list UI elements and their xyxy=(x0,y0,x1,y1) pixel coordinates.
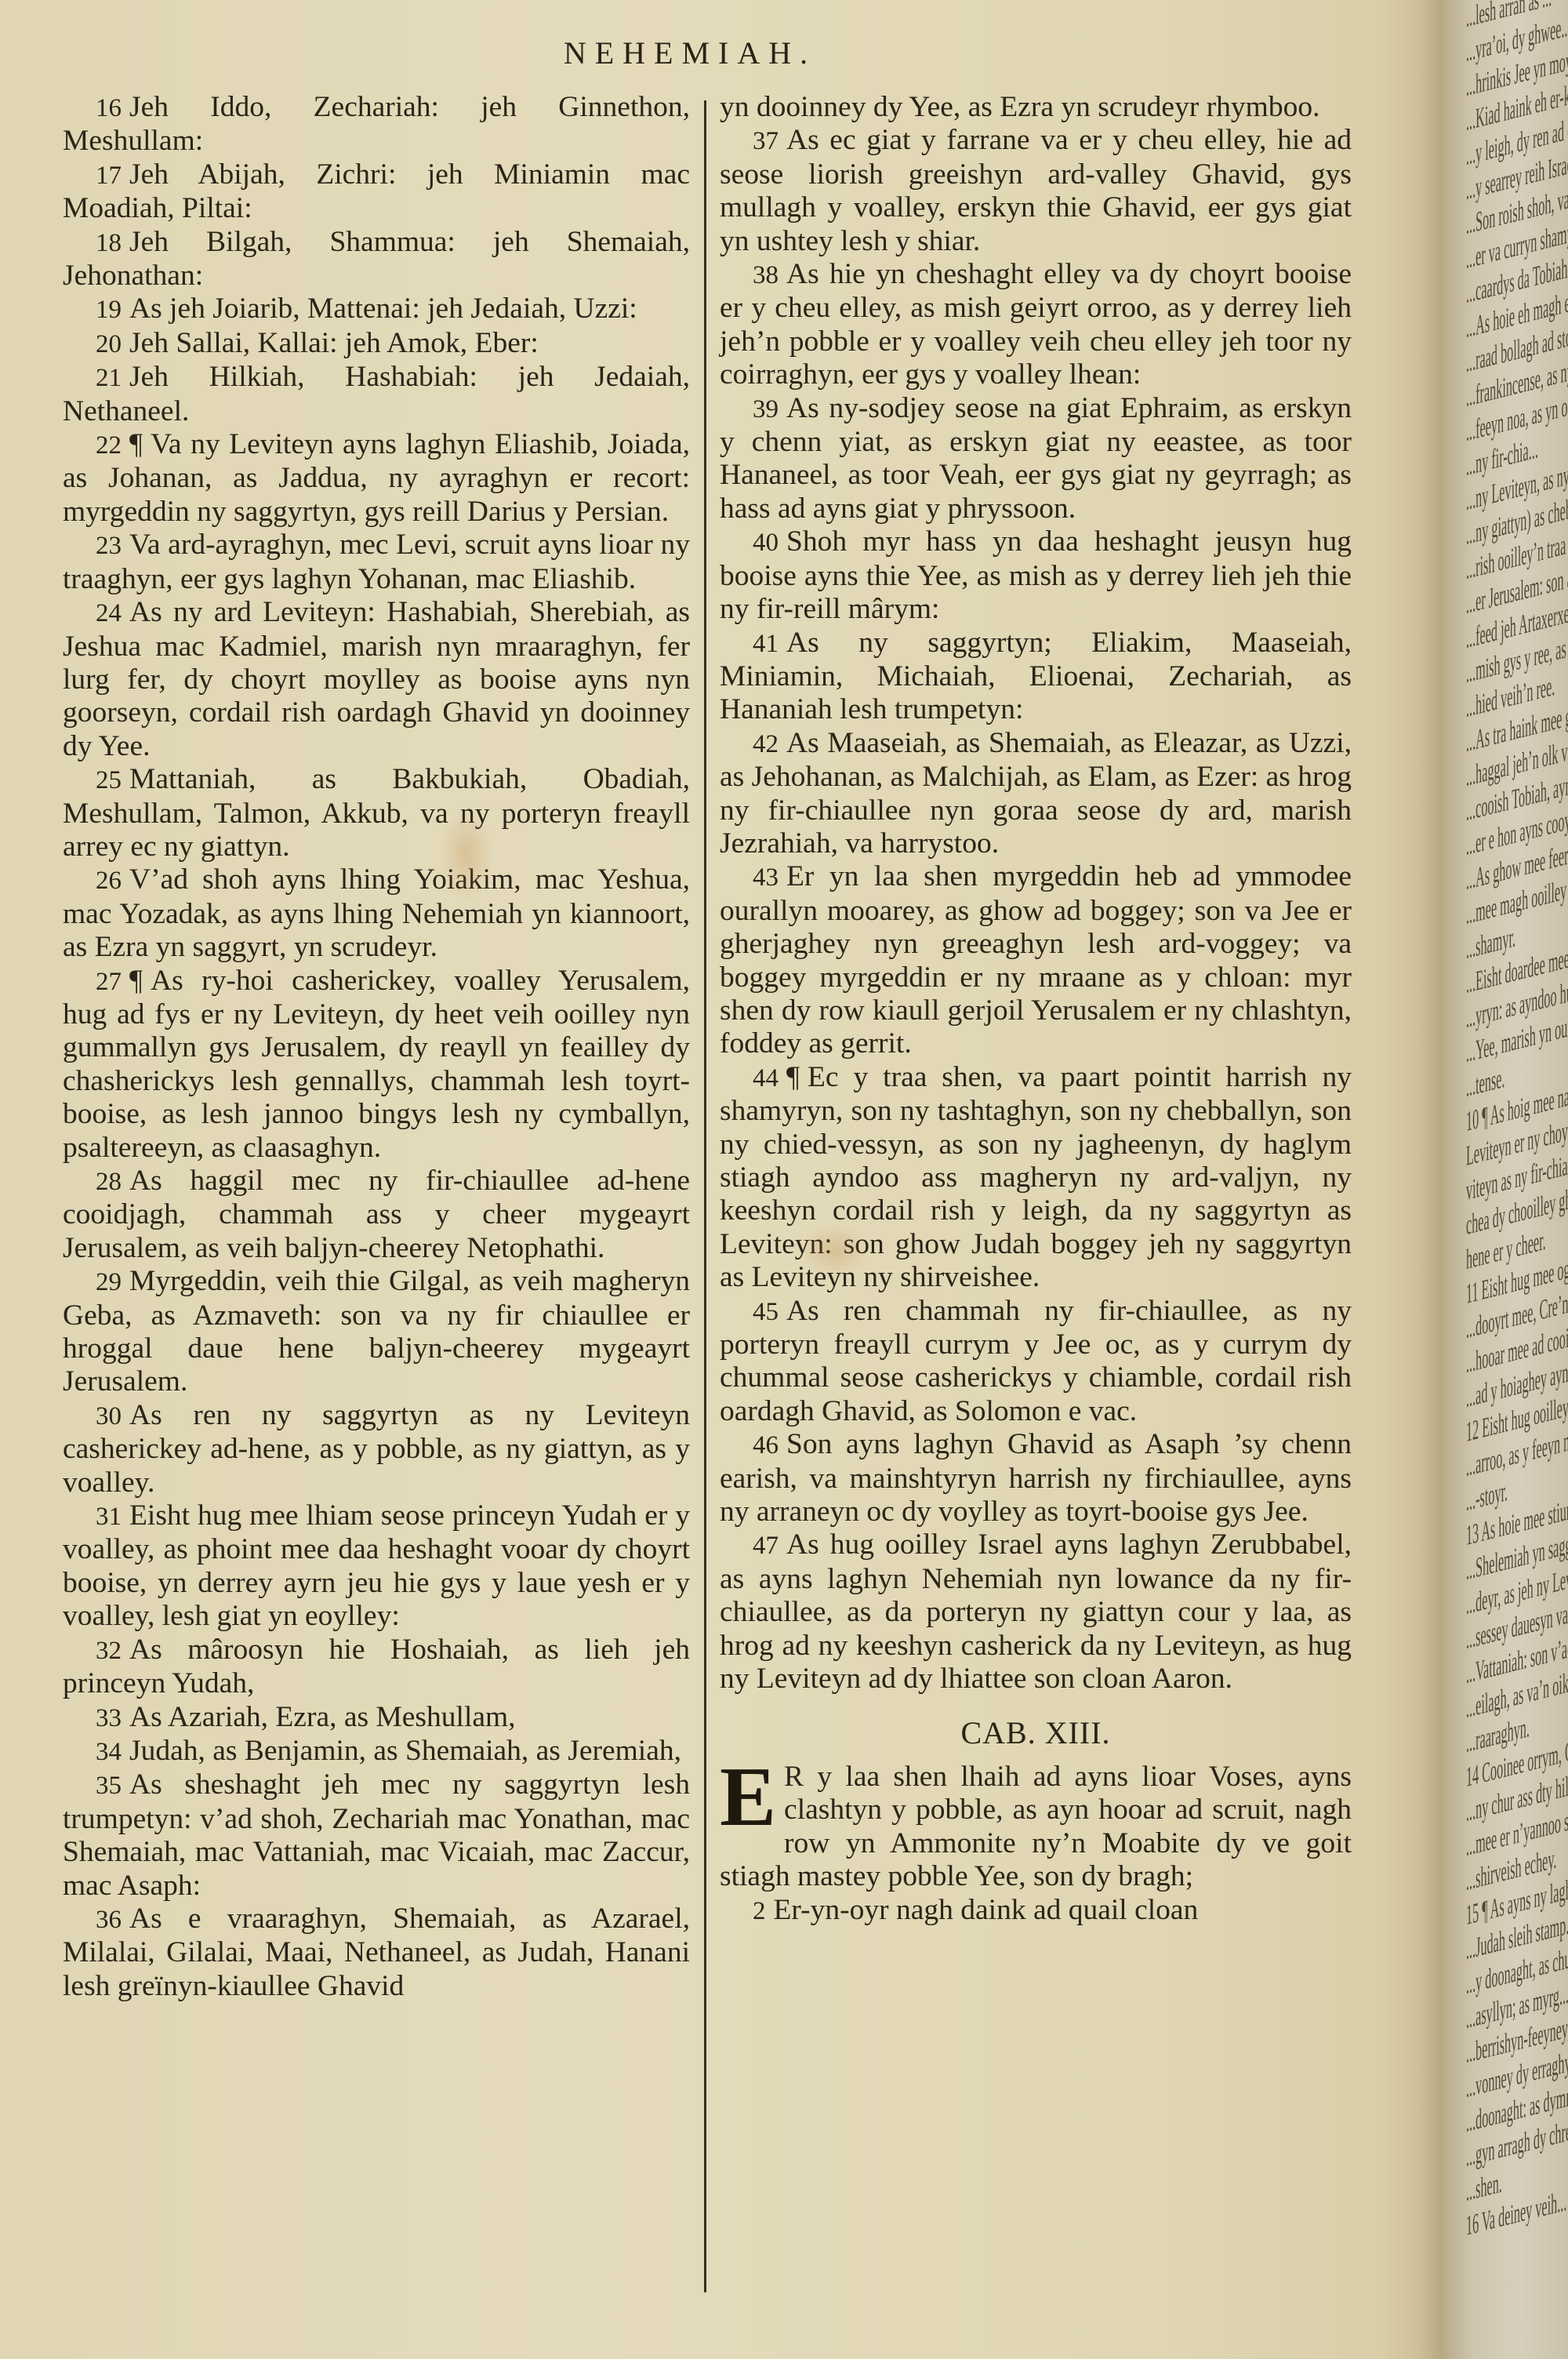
verse-number: 22 xyxy=(96,431,122,460)
verse: 26V’ad shoh ayns lhing Yoiakim, mac Yesh… xyxy=(63,863,690,964)
verse-number: 21 xyxy=(96,364,122,392)
verse: 36As e vraaraghyn, Shemaiah, as Azarael,… xyxy=(63,1903,690,2003)
verse: 21Jeh Hilkiah, Hashabiah: jeh Jedaiah, N… xyxy=(63,361,690,428)
verse-text: Va ard-ayraghyn, mec Levi, scruit ayns l… xyxy=(63,529,690,594)
verse: 31Eisht hug mee lhiam seose princeyn Yud… xyxy=(63,1499,690,1634)
verse-number: 28 xyxy=(96,1168,122,1196)
verse-text: yn dooinney dy Yee, as Ezra yn scrudeyr … xyxy=(720,91,1319,123)
verse: 37As ec giat y farrane va er y cheu elle… xyxy=(720,124,1352,258)
column-divider xyxy=(704,100,706,2292)
pilcrow-mark: ¶ xyxy=(129,428,143,460)
verse-number: 36 xyxy=(96,1906,122,1934)
verse-text: As e vraaraghyn, Shemaiah, as Azarael, M… xyxy=(63,1903,690,2002)
verse: yn dooinney dy Yee, as Ezra yn scrudeyr … xyxy=(720,91,1352,124)
verse: 32As mâroosyn hie Hoshaiah, as lieh jeh … xyxy=(63,1634,690,1701)
verse-number: 46 xyxy=(753,1431,779,1459)
verse-text: Ec y traa shen, va paart pointit harrish… xyxy=(720,1061,1352,1293)
verse-number: 38 xyxy=(753,261,779,289)
facing-page-text: ...lesh arran as ......yra’oi, dy ghwee.… xyxy=(1466,0,1568,2243)
verse-text: As Azariah, Ezra, as Meshullam, xyxy=(129,1701,516,1733)
verse: 30As ren ny saggyrtyn as ny Leviteyn cas… xyxy=(63,1399,690,1499)
verse-text: As sheshaght jeh mec ny saggyrtyn lesh t… xyxy=(63,1768,690,1901)
verse-number: 41 xyxy=(753,630,779,658)
verse: 44¶Ec y traa shen, va paart pointit harr… xyxy=(720,1061,1352,1295)
verse-number: 43 xyxy=(753,863,779,892)
verse-text: Jeh Abijah, Zichri: jeh Miniamin mac Moa… xyxy=(63,158,690,224)
verse-number: 35 xyxy=(96,1772,122,1800)
verse-number: 44 xyxy=(753,1064,779,1092)
verse-number: 30 xyxy=(96,1402,122,1430)
verse-text: Shoh myr hass yn daa heshaght jeusyn hug… xyxy=(720,525,1352,625)
verse-text: Jeh Iddo, Zechariah: jeh Ginnethon, Mesh… xyxy=(63,91,690,157)
verse-number: 29 xyxy=(96,1268,122,1296)
page-gutter-shadow xyxy=(1380,0,1443,2359)
verse-number: 40 xyxy=(753,529,779,557)
chapter-verse-2: 2Er-yn-oyr nagh daink ad quail cloan xyxy=(720,1894,1352,1928)
chapter-verse-1: ER y laa shen lhaih ad ayns lioar Voses,… xyxy=(720,1761,1352,1894)
verse: 43Er yn laa shen myrgeddin heb ad ymmode… xyxy=(720,860,1352,1060)
verse-number: 45 xyxy=(753,1298,779,1326)
verse: 22¶Va ny Leviteyn ayns laghyn Eliashib, … xyxy=(63,428,690,529)
verse: 42As Maaseiah, as Shemaiah, as Eleazar, … xyxy=(720,727,1352,861)
verse-text: As hug ooilley Israel ayns laghyn Zerubb… xyxy=(720,1528,1352,1695)
verse-text: As ny saggyrtyn; Eliakim, Maaseiah, Mini… xyxy=(720,627,1352,726)
verse-number: 19 xyxy=(96,296,122,324)
left-column: 16Jeh Iddo, Zechariah: jeh Ginnethon, Me… xyxy=(63,91,690,2003)
verse: 34Judah, as Benjamin, as Shemaiah, as Je… xyxy=(63,1735,690,1768)
verse-number: 27 xyxy=(96,968,122,996)
verse-text: As ren chammah ny fir-chiaullee, as ny p… xyxy=(720,1295,1352,1427)
verse: 16Jeh Iddo, Zechariah: jeh Ginnethon, Me… xyxy=(63,91,690,158)
verse-number: 20 xyxy=(96,330,122,358)
verse-text: As mâroosyn hie Hoshaiah, as lieh jeh pr… xyxy=(63,1634,690,1699)
verse-text: As ry-hoi casherickey, voalley Yerusalem… xyxy=(63,965,690,1164)
pilcrow-mark: ¶ xyxy=(786,1061,800,1093)
verse-text: Er-yn-oyr nagh daink ad quail cloan xyxy=(774,1894,1199,1926)
verse: 47As hug ooilley Israel ayns laghyn Zeru… xyxy=(720,1528,1352,1696)
verse-text: As ny ard Leviteyn: Hashabiah, Sherebiah… xyxy=(63,596,690,762)
verse: 29Myrgeddin, veih thie Gilgal, as veih m… xyxy=(63,1265,690,1399)
verse-text: As ren ny saggyrtyn as ny Leviteyn cashe… xyxy=(63,1399,690,1499)
verse-number: 23 xyxy=(96,532,122,560)
verse: 27¶As ry-hoi casherickey, voalley Yerusa… xyxy=(63,965,690,1165)
verse: 39As ny-sodjey seose na giat Ephraim, as… xyxy=(720,392,1352,526)
verse-number: 25 xyxy=(96,766,122,794)
verse-number: 24 xyxy=(96,599,122,627)
drop-cap: E xyxy=(720,1765,776,1830)
verse-number: 31 xyxy=(96,1503,122,1531)
verse-text: R y laa shen lhaih ad ayns lioar Voses, … xyxy=(720,1761,1352,1892)
bible-page: NEHEMIAH. 16Jeh Iddo, Zechariah: jeh Gin… xyxy=(0,0,1443,2359)
verse-text: Mattaniah, as Bakbukiah, Obadiah, Meshul… xyxy=(63,763,690,863)
verse-text: Judah, as Benjamin, as Shemaiah, as Jere… xyxy=(129,1735,681,1767)
right-column-verses: yn dooinney dy Yee, as Ezra yn scrudeyr … xyxy=(720,91,1352,1696)
verse-text: Myrgeddin, veih thie Gilgal, as veih mag… xyxy=(63,1265,690,1398)
verse-text: As ec giat y farrane va er y cheu elley,… xyxy=(720,124,1352,256)
verse-number: 33 xyxy=(96,1704,122,1732)
running-head: NEHEMIAH. xyxy=(0,35,1380,71)
verse-number: 2 xyxy=(753,1897,766,1925)
verse-text: As hie yn cheshaght elley va dy choyrt b… xyxy=(720,258,1352,391)
verse-text: As haggil mec ny fir-chiaullee ad-hene c… xyxy=(63,1165,690,1264)
verse-text: Jeh Bilgah, Shammua: jeh Shemaiah, Jehon… xyxy=(63,226,690,292)
verse-text: Jeh Hilkiah, Hashabiah: jeh Jedaiah, Net… xyxy=(63,361,690,427)
chapter-title: CAB. XIII. xyxy=(720,1717,1352,1750)
verse: 45As ren chammah ny fir-chiaullee, as ny… xyxy=(720,1295,1352,1429)
verse-text: Son ayns laghyn Ghavid as Asaph ’sy chen… xyxy=(720,1428,1352,1528)
verse: 17Jeh Abijah, Zichri: jeh Miniamin mac M… xyxy=(63,158,690,226)
verse-number: 18 xyxy=(96,229,122,257)
verse-number: 26 xyxy=(96,867,122,895)
verse: 24As ny ard Leviteyn: Hashabiah, Sherebi… xyxy=(63,596,690,763)
verse: 28As haggil mec ny fir-chiaullee ad-hene… xyxy=(63,1165,690,1265)
verse: 25Mattaniah, as Bakbukiah, Obadiah, Mesh… xyxy=(63,763,690,863)
pilcrow-mark: ¶ xyxy=(129,965,143,997)
verse-text: V’ad shoh ayns lhing Yoiakim, mac Yeshua… xyxy=(63,863,690,963)
verse: 38As hie yn cheshaght elley va dy choyrt… xyxy=(720,258,1352,392)
verse: 23Va ard-ayraghyn, mec Levi, scruit ayns… xyxy=(63,529,690,596)
verse-number: 42 xyxy=(753,730,779,758)
verse: 33As Azariah, Ezra, as Meshullam, xyxy=(63,1701,690,1735)
verse-text: As Maaseiah, as Shemaiah, as Eleazar, as… xyxy=(720,727,1352,860)
verse-text: Er yn laa shen myrgeddin heb ad ymmodee … xyxy=(720,860,1352,1060)
verse-number: 34 xyxy=(96,1738,122,1766)
verse-text: Eisht hug mee lhiam seose princeyn Yudah… xyxy=(63,1499,690,1632)
verse: 40Shoh myr hass yn daa heshaght jeusyn h… xyxy=(720,525,1352,626)
verse-number: 17 xyxy=(96,162,122,190)
verse: 35As sheshaght jeh mec ny saggyrtyn lesh… xyxy=(63,1768,690,1903)
verse-text: Va ny Leviteyn ayns laghyn Eliashib, Joi… xyxy=(63,428,690,528)
verse-number: 47 xyxy=(753,1532,779,1560)
verse-number: 32 xyxy=(96,1637,122,1665)
verse-text: As jeh Joiarib, Mattenai: jeh Jedaiah, U… xyxy=(129,293,637,325)
verse: 20Jeh Sallai, Kallai: jeh Amok, Eber: xyxy=(63,327,690,361)
verse: 18Jeh Bilgah, Shammua: jeh Shemaiah, Jeh… xyxy=(63,226,690,293)
verse: 41As ny saggyrtyn; Eliakim, Maaseiah, Mi… xyxy=(720,627,1352,727)
right-column: yn dooinney dy Yee, as Ezra yn scrudeyr … xyxy=(720,91,1352,1928)
verse-number: 39 xyxy=(753,395,779,423)
verse-text: Jeh Sallai, Kallai: jeh Amok, Eber: xyxy=(129,327,539,359)
verse: 46Son ayns laghyn Ghavid as Asaph ’sy ch… xyxy=(720,1428,1352,1528)
verse-text: As ny-sodjey seose na giat Ephraim, as e… xyxy=(720,392,1352,525)
verse-number: 16 xyxy=(96,94,122,122)
verse: 19As jeh Joiarib, Mattenai: jeh Jedaiah,… xyxy=(63,293,690,326)
facing-page-edge: ...lesh arran as ......yra’oi, dy ghwee.… xyxy=(1443,0,1568,2359)
verse-number: 37 xyxy=(753,127,779,155)
